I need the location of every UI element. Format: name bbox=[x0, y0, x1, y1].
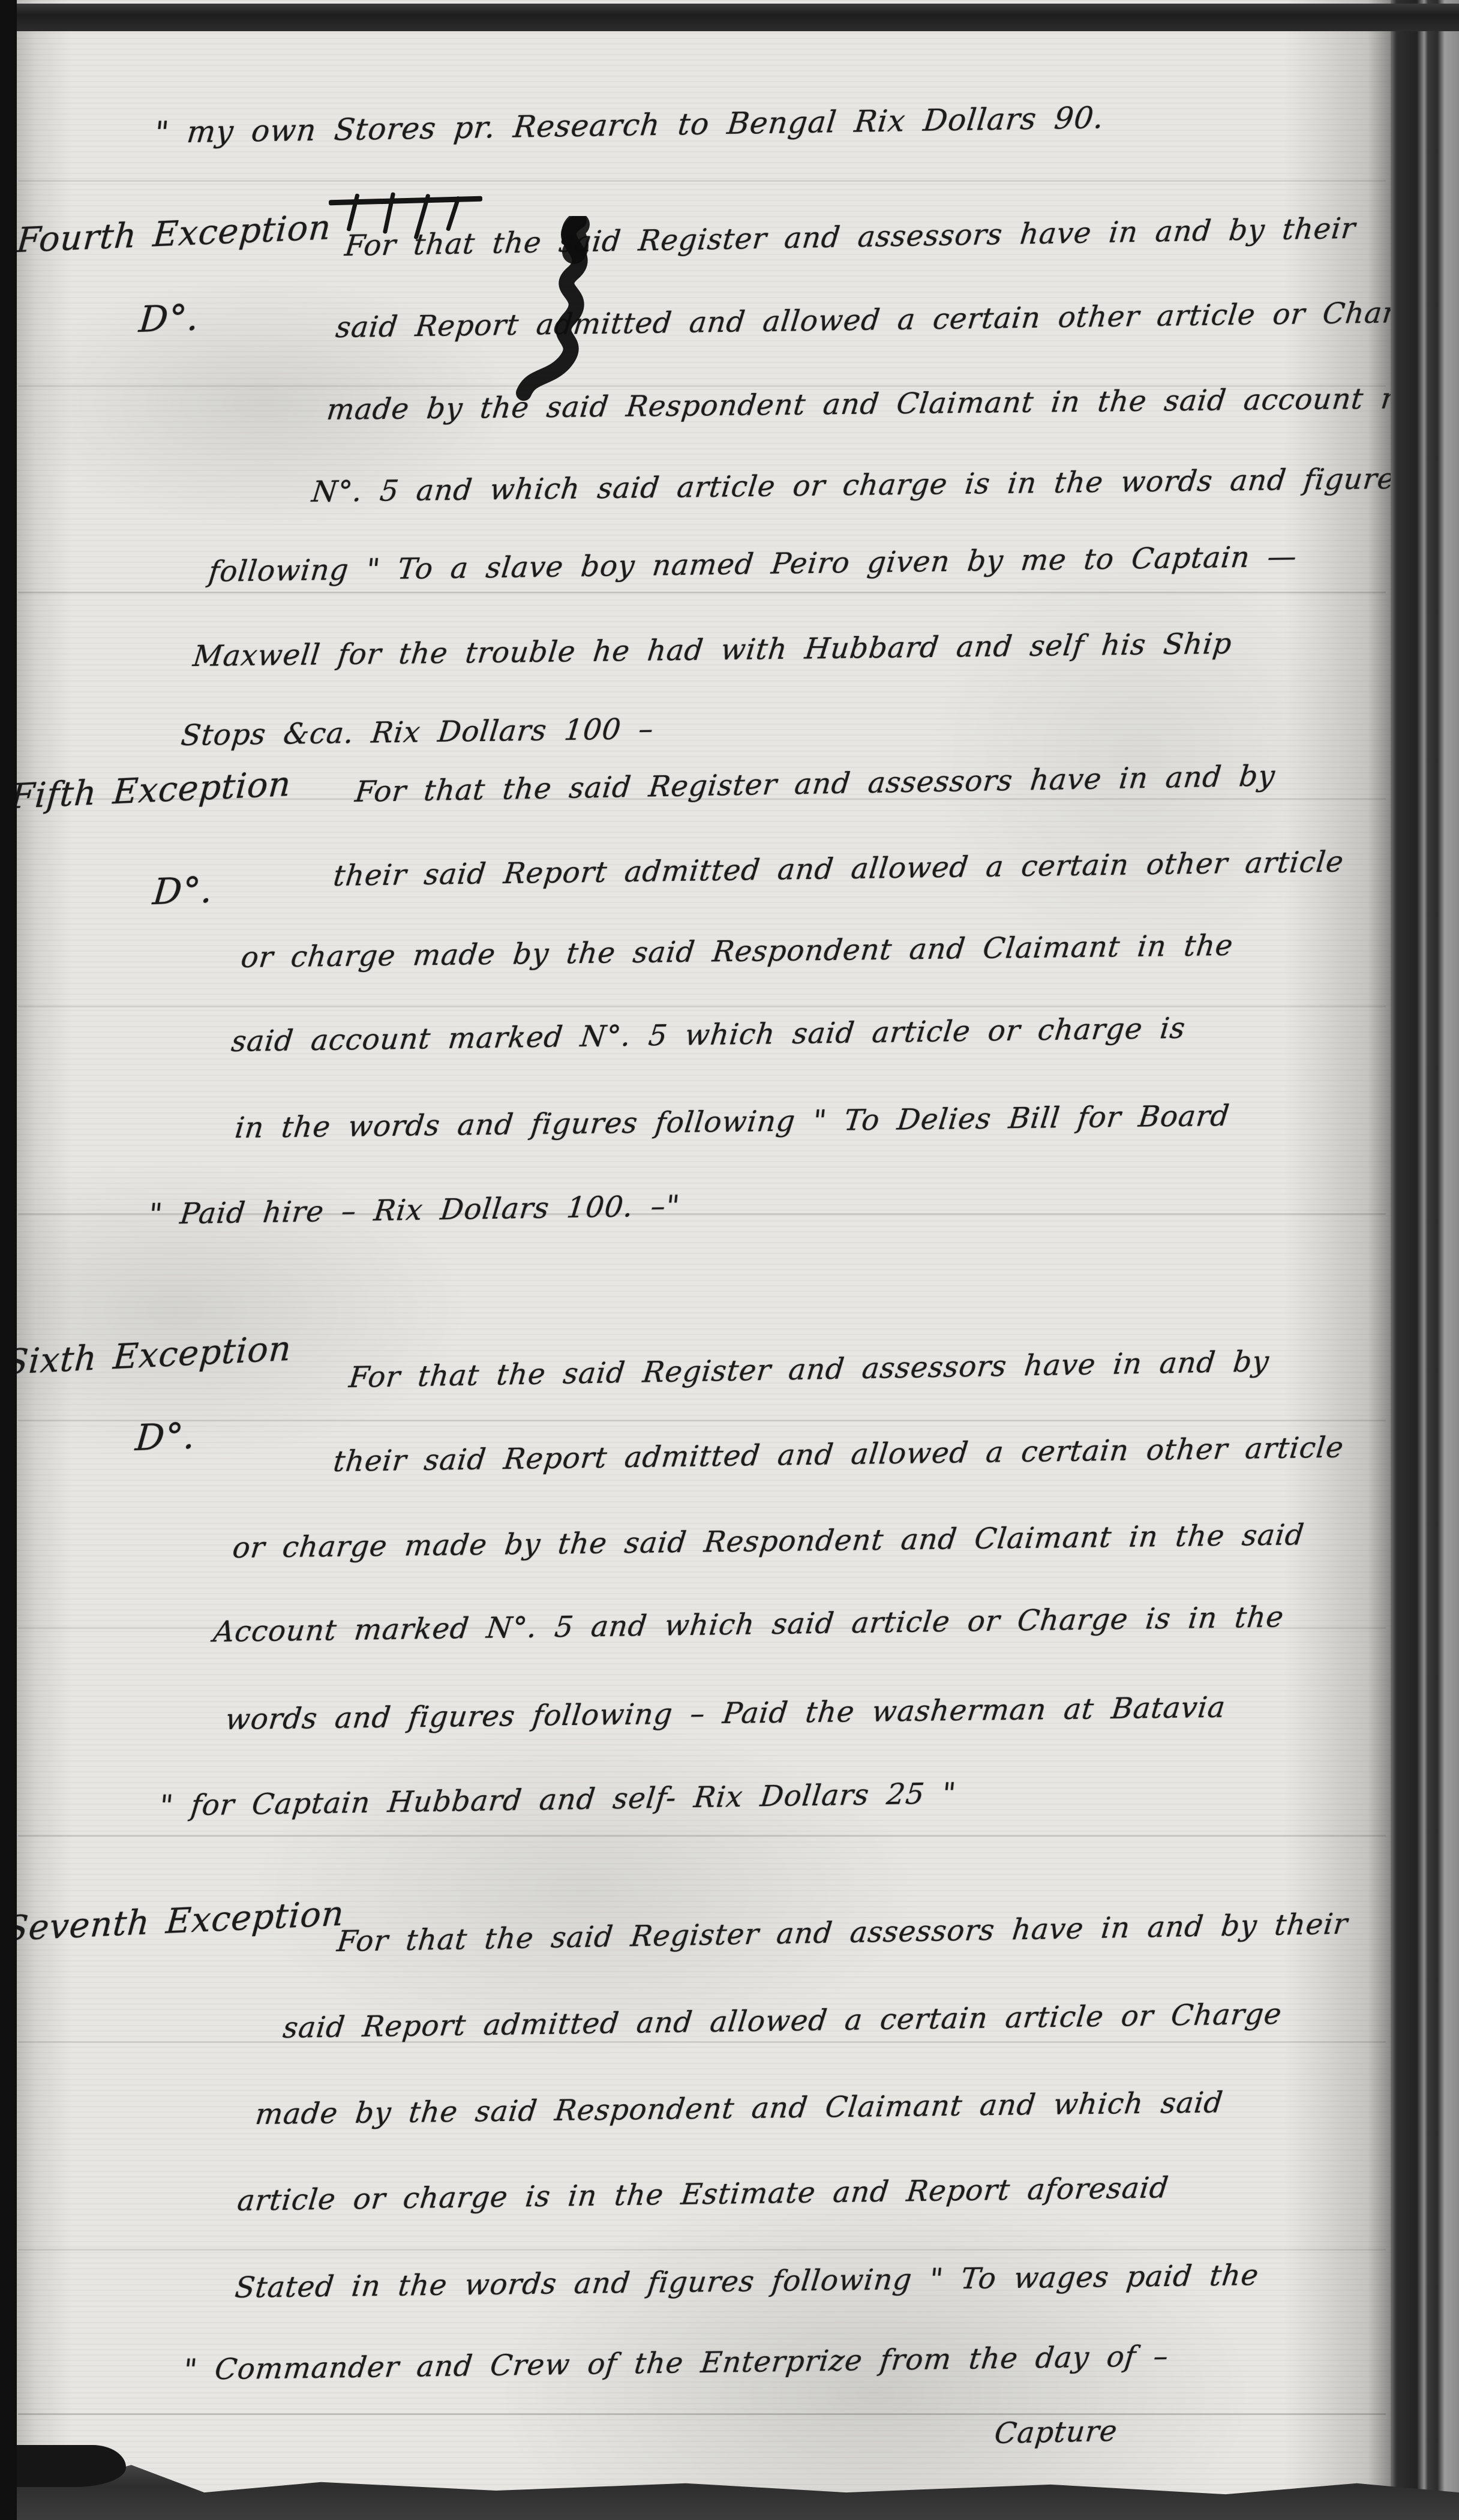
ruled-line bbox=[18, 2041, 1386, 2043]
ruled-line bbox=[18, 2249, 1386, 2251]
manuscript-line: or charge made by the said Respondent an… bbox=[231, 1518, 1306, 1565]
manuscript-line: " Commander and Crew of the Enterprize f… bbox=[182, 2339, 1170, 2387]
header-line: " my own Stores pr. Research to Bengal R… bbox=[153, 100, 1106, 150]
scan-edge-bottom bbox=[0, 2459, 1459, 2520]
ruled-line bbox=[18, 592, 1386, 593]
manuscript-line: said Report admitted and allowed a certa… bbox=[334, 295, 1435, 344]
scan-edge-top bbox=[0, 4, 1459, 31]
manuscript-line: Stated in the words and figures followin… bbox=[233, 2258, 1260, 2305]
manuscript-line: their said Report admitted and allowed a… bbox=[332, 1430, 1346, 1478]
manuscript-line: " for Captain Hubbard and self- Rix Doll… bbox=[158, 1777, 958, 1823]
ditto-mark-fourth: D°. bbox=[137, 296, 201, 341]
catchword: Capture bbox=[993, 2414, 1119, 2450]
manuscript-line: or charge made by the said Respondent an… bbox=[239, 929, 1235, 974]
ruled-line bbox=[18, 1006, 1386, 1007]
margin-label-sixth-exception: Sixth Exception bbox=[4, 1328, 293, 1382]
manuscript-line: N°. 5 and which said article or charge i… bbox=[310, 462, 1412, 509]
manuscript-line: said Report admitted and allowed a certa… bbox=[281, 1997, 1284, 2045]
manuscript-line: said account marked N°. 5 which said art… bbox=[230, 1012, 1187, 1058]
manuscript-line: For that the said Register and assessors… bbox=[353, 759, 1277, 809]
manuscript-line: their said Report admitted and allowed a… bbox=[332, 845, 1346, 893]
manuscript-page: " my own Stores pr. Research to Bengal R… bbox=[0, 0, 1459, 2520]
ditto-mark-sixth: D°. bbox=[134, 1415, 197, 1459]
manuscript-line: article or charge is in the Estimate and… bbox=[236, 2171, 1170, 2218]
scan-corner-shadow bbox=[0, 2445, 126, 2487]
manuscript-line: in the words and figures following " To … bbox=[233, 1099, 1232, 1145]
ink-blot bbox=[507, 216, 621, 402]
manuscript-line: For that the said Register and assessors… bbox=[335, 1907, 1350, 1959]
ruled-line bbox=[18, 1835, 1386, 1837]
manuscript-line: For that the said Register and assessors… bbox=[343, 212, 1358, 263]
manuscript-line: Account marked N°. 5 and which said arti… bbox=[212, 1600, 1286, 1649]
manuscript-line: made by the said Respondent and Claimant… bbox=[254, 2086, 1225, 2131]
manuscript-line: Maxwell for the trouble he had with Hubb… bbox=[191, 627, 1234, 673]
ruled-line bbox=[18, 1420, 1386, 1421]
ruled-line bbox=[18, 180, 1386, 182]
scan-edge-left bbox=[0, 0, 17, 2520]
manuscript-line: following " To a slave boy named Peiro g… bbox=[207, 540, 1299, 589]
ditto-mark-fifth: D°. bbox=[151, 869, 215, 913]
margin-label-seventh-exception: Seventh Exception bbox=[3, 1894, 346, 1949]
manuscript-line: words and figures following – Paid the w… bbox=[224, 1691, 1227, 1736]
manuscript-line: Stops &ca. Rix Dollars 100 – bbox=[179, 712, 656, 752]
book-binding-edge bbox=[1391, 0, 1459, 2520]
ruled-line bbox=[18, 2413, 1386, 2415]
manuscript-line: For that the said Register and assessors… bbox=[347, 1345, 1271, 1394]
manuscript-line: made by the said Respondent and Claimant… bbox=[325, 381, 1459, 427]
margin-label-fifth-exception: Fifth Exception bbox=[9, 764, 292, 817]
manuscript-line: " Paid hire – Rix Dollars 100. –" bbox=[147, 1189, 682, 1231]
margin-label-fourth-exception: Fourth Exception bbox=[15, 208, 332, 260]
